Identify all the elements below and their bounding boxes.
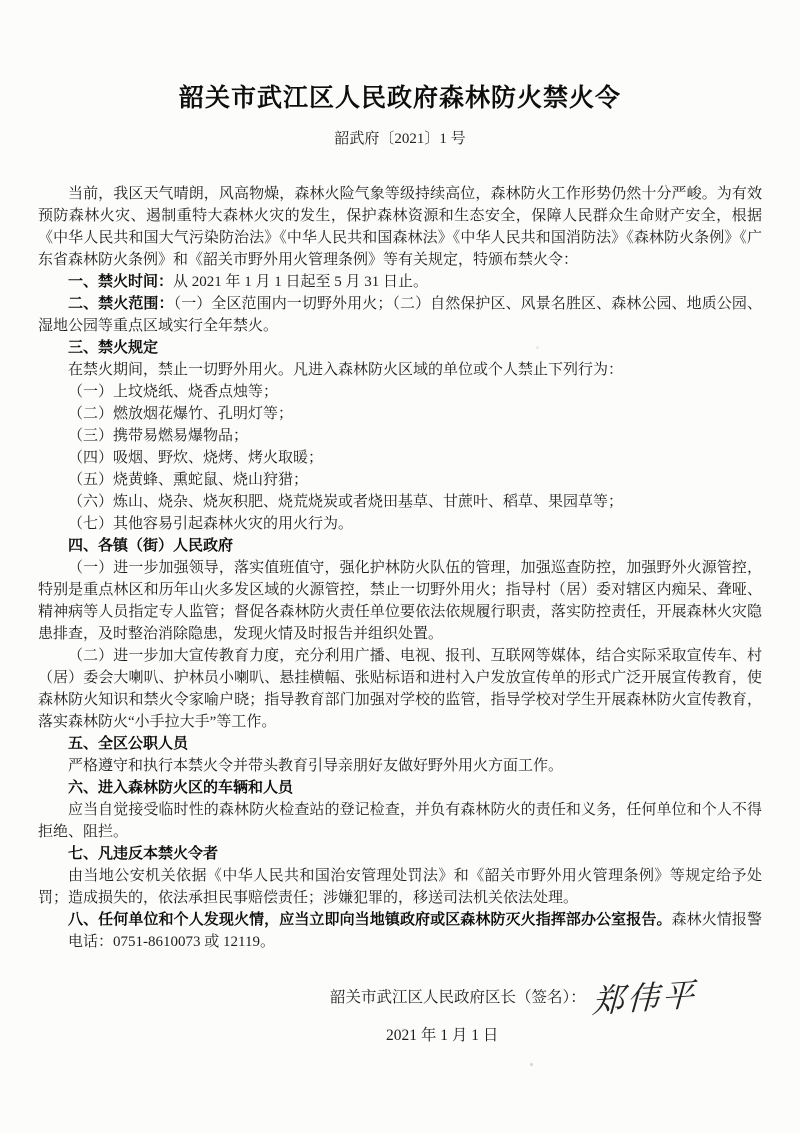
prohibited-item-2: （二）燃放烟花爆竹、孔明灯等；	[38, 403, 762, 425]
paragraph-text: （一）上坟烧纸、烧香点烛等；	[68, 384, 278, 400]
rules-intro-paragraph: 在禁火期间，禁止一切野外用火。凡进入森林防火区域的单位或个人禁止下列行为：	[38, 359, 762, 381]
item-lead: 一、禁火时间：	[68, 273, 173, 290]
paragraph-text: （二）进一步加大宣传教育力度，充分利用广播、电视、报刊、互联网等媒体，结合实际采…	[38, 648, 762, 730]
paragraph-text: （二）燃放烟花爆竹、孔明灯等；	[68, 406, 293, 422]
paragraph-text: 由当地公安机关依据《中华人民共和国治安管理处罚法》和《韶关市野外用火管理条例》等…	[38, 868, 762, 906]
section-heading-town-governments: 四、各镇（街）人民政府	[38, 535, 762, 557]
item-lead: 二、禁火范围：	[68, 295, 174, 312]
fire-report-paragraph: 八、任何单位和个人发现火情，应当立即向当地镇政府或区森林防灭火指挥部办公室报告。…	[38, 909, 762, 953]
section-heading-text: 六、进入森林防火区的车辆和人员	[68, 779, 293, 796]
prohibited-item-6: （六）炼山、烧杂、烧灰积肥、烧荒烧炭或者烧田基草、甘蔗叶、稻草、果园草等；	[38, 491, 762, 513]
scanned-document-page: 韶关市武江区人民政府森林防火禁火令 韶武府〔2021〕1 号 当前，我区天气晴朗…	[0, 0, 800, 1133]
paragraph-text: 应当自觉接受临时性的森林防火检查站的登记检查，并负有森林防火的责任和义务，任何单…	[38, 802, 762, 840]
signature-line: 韶关市武江区人民政府区长（签名）：郑伟平	[38, 983, 762, 1013]
paragraph-text: 当前，我区天气晴朗，风高物燥，森林火险气象等级持续高位，森林防火工作形势仍然十分…	[38, 186, 762, 268]
paragraph-text: （六）炼山、烧杂、烧灰积肥、烧荒烧炭或者烧田基草、甘蔗叶、稻草、果园草等；	[68, 494, 623, 510]
section-heading-text: 四、各镇（街）人民政府	[68, 537, 233, 554]
intro-paragraph: 当前，我区天气晴朗，风高物燥，森林火险气象等级持续高位，森林防火工作形势仍然十分…	[38, 183, 762, 271]
prohibited-item-3: （三）携带易燃易爆物品；	[38, 425, 762, 447]
signer-label: 韶关市武江区人民政府区长（签名）：	[330, 989, 586, 1006]
prohibited-item-5: （五）烧黄蜂、熏蛇鼠、烧山狩猎；	[38, 469, 762, 491]
ban-scope-item: 二、禁火范围：（一）全区范围内一切野外用火；（二）自然保护区、风景名胜区、森林公…	[38, 293, 762, 337]
vehicles-persons-paragraph: 应当自觉接受临时性的森林防火检查站的登记检查，并负有森林防火的责任和义务，任何单…	[38, 799, 762, 843]
ban-time-item: 一、禁火时间：从 2021 年 1 月 1 日起至 5 月 31 日止。	[38, 271, 762, 293]
section-heading-rules: 三、禁火规定	[38, 337, 762, 359]
signature-block: 韶关市武江区人民政府区长（签名）：郑伟平 2021 年 1 月 1 日	[38, 983, 762, 1047]
paragraph-text: 在禁火期间，禁止一切野外用火。凡进入森林防火区域的单位或个人禁止下列行为：	[68, 362, 623, 378]
prohibited-item-4: （四）吸烟、野炊、烧烤、烤火取暖；	[38, 447, 762, 469]
paragraph-text: （五）烧黄蜂、熏蛇鼠、烧山狩猎；	[68, 472, 308, 488]
scan-speck	[536, 346, 539, 349]
signature-date: 2021 年 1 月 1 日	[38, 1025, 762, 1047]
doc-title: 韶关市武江区人民政府森林防火禁火令	[38, 82, 762, 114]
paragraph-text: 从 2021 年 1 月 1 日起至 5 月 31 日止。	[173, 274, 428, 290]
violators-paragraph: 由当地公安机关依据《中华人民共和国治安管理处罚法》和《韶关市野外用火管理条例》等…	[38, 865, 762, 909]
section-heading-text: 三、禁火规定	[68, 339, 158, 356]
signature-handwriting: 郑伟平	[591, 979, 697, 1016]
paragraph-text: （三）携带易燃易爆物品；	[68, 428, 248, 444]
paragraph-text: （四）吸烟、野炊、烧烤、烤火取暖；	[68, 450, 323, 466]
doc-number: 韶武府〔2021〕1 号	[38, 128, 762, 151]
town-duty-paragraph-1: （一）进一步加强领导，落实值班值守，强化护林防火队伍的管理，加强巡查防控，加强野…	[38, 557, 762, 645]
scan-speck	[530, 1063, 533, 1066]
section-heading-violators: 七、凡违反本禁火令者	[38, 843, 762, 865]
section-heading-text: 七、凡违反本禁火令者	[68, 845, 218, 862]
public-officials-paragraph: 严格遵守和执行本禁火令并带头教育引导亲朋好友做好野外用火方面工作。	[38, 755, 762, 777]
town-duty-paragraph-2: （二）进一步加大宣传教育力度，充分利用广播、电视、报刊、互联网等媒体，结合实际采…	[38, 645, 762, 733]
prohibited-item-7: （七）其他容易引起森林火灾的用火行为。	[38, 513, 762, 535]
paragraph-text: （七）其他容易引起森林火灾的用火行为。	[68, 516, 353, 532]
paragraph-text: （一）进一步加强领导，落实值班值守，强化护林防火队伍的管理，加强巡查防控，加强野…	[38, 560, 762, 642]
section-heading-text: 五、全区公职人员	[68, 735, 188, 752]
doc-body: 当前，我区天气晴朗，风高物燥，森林火险气象等级持续高位，森林防火工作形势仍然十分…	[38, 183, 762, 953]
prohibited-item-1: （一）上坟烧纸、烧香点烛等；	[38, 381, 762, 403]
paragraph-text: 严格遵守和执行本禁火令并带头教育引导亲朋好友做好野外用火方面工作。	[68, 758, 563, 774]
section-heading-vehicles-persons: 六、进入森林防火区的车辆和人员	[38, 777, 762, 799]
item-lead: 八、任何单位和个人发现火情，应当立即向当地镇政府或区森林防灭火指挥部办公室报告。	[68, 911, 672, 928]
section-heading-public-officials: 五、全区公职人员	[38, 733, 762, 755]
